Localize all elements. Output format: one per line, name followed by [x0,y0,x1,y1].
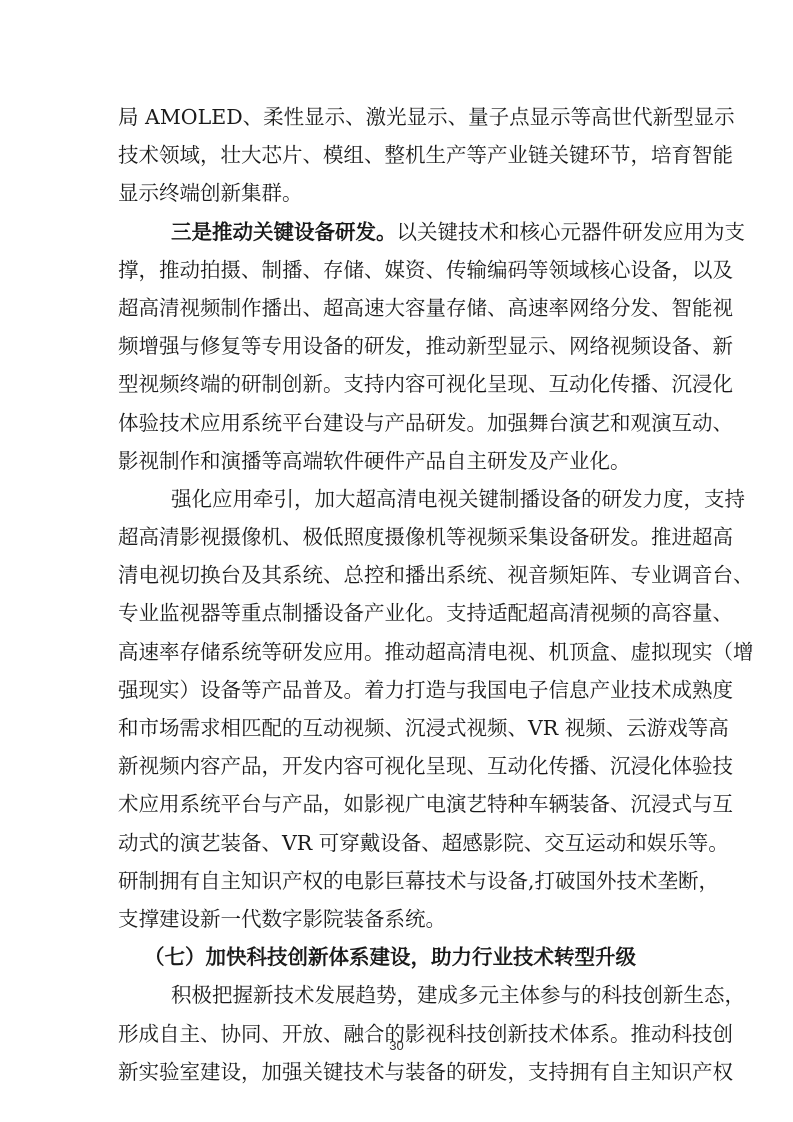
text-line: 新实验室建设，加强关键技术与装备的研发，支持拥有自主知识产权 [118,1053,676,1091]
text-line: 型视频终端的研制创新。支持内容可视化呈现、互动化传播、沉浸化 [118,365,676,403]
paragraph-innovation-system: 积极把握新技术发展趋势，建成多元主体参与的科技创新生态， 形成自主、协同、开放、… [118,976,676,1091]
text-line: 清电视切换台及其系统、总控和播出系统、视音频矩阵、专业调音台、 [118,556,676,594]
text-line: 支撑建设新一代数字影院装备系统。 [118,900,676,938]
text-line: 研制拥有自主知识产权的电影巨幕技术与设备,打破国外技术垄断， [118,862,676,900]
section-heading-7: （七）加快科技创新体系建设，助力行业技术转型升级 [118,938,676,976]
text-line-first: 积极把握新技术发展趋势，建成多元主体参与的科技创新生态， [118,976,676,1014]
text-line: 超高清视频制作播出、超高速大容量存储、高速率网络分发、智能视 [118,289,676,327]
document-page: 局 AMOLED、柔性显示、激光显示、量子点显示等高世代新型显示 技术领域，壮大… [118,98,676,1091]
text-line: 新视频内容产品，开发内容可视化呈现、互动化传播、沉浸化体验技 [118,747,676,785]
text-line: 显示终端创新集群。 [118,174,676,212]
text-line: 高速率存储系统等研发应用。推动超高清电视、机顶盒、虚拟现实（增 [118,633,676,671]
text-line: 强现实）设备等产品普及。着力打造与我国电子信息产业技术成熟度 [118,671,676,709]
text-line: 专业监视器等重点制播设备产业化。支持适配超高清视频的高容量、 [118,594,676,632]
lead-rest: 以关键技术和核心元器件研发应用为支 [397,220,746,244]
text-line: 体验技术应用系统平台建设与产品研发。加强舞台演艺和观演互动、 [118,404,676,442]
text-line: 术应用系统平台与产品，如影视广电演艺特种车辆装备、沉浸式与互 [118,785,676,823]
text-line: 影视制作和演播等高端软件硬件产品自主研发及产业化。 [118,442,676,480]
text-line: 频增强与修复等专用设备的研发，推动新型显示、网络视频设备、新 [118,327,676,365]
lead-bold-phrase: 三是推动关键设备研发。 [171,220,397,244]
paragraph-application-traction: 强化应用牵引，加大超高清电视关键制播设备的研发力度，支持 超高清影视摄像机、极低… [118,480,676,938]
paragraph-key-equipment: 三是推动关键设备研发。以关键技术和核心元器件研发应用为支 撑，推动拍摄、制播、存… [118,213,676,480]
text-line: 和市场需求相匹配的互动视频、沉浸式视频、VR 视频、云游戏等高 [118,709,676,747]
text-line: 技术领域，壮大芯片、模组、整机生产等产业链关键环节，培育智能 [118,136,676,174]
page-number: 30 [0,1038,793,1053]
paragraph-display-tech: 局 AMOLED、柔性显示、激光显示、量子点显示等高世代新型显示 技术领域，壮大… [118,98,676,213]
text-line: 撑，推动拍摄、制播、存储、媒资、传输编码等领域核心设备，以及 [118,251,676,289]
text-line: 局 AMOLED、柔性显示、激光显示、量子点显示等高世代新型显示 [118,98,676,136]
text-line-first: 强化应用牵引，加大超高清电视关键制播设备的研发力度，支持 [118,480,676,518]
text-line-first: 三是推动关键设备研发。以关键技术和核心元器件研发应用为支 [118,213,676,251]
text-line: 动式的演艺装备、VR 可穿戴设备、超感影院、交互运动和娱乐等。 [118,824,676,862]
text-line: 超高清影视摄像机、极低照度摄像机等视频采集设备研发。推进超高 [118,518,676,556]
